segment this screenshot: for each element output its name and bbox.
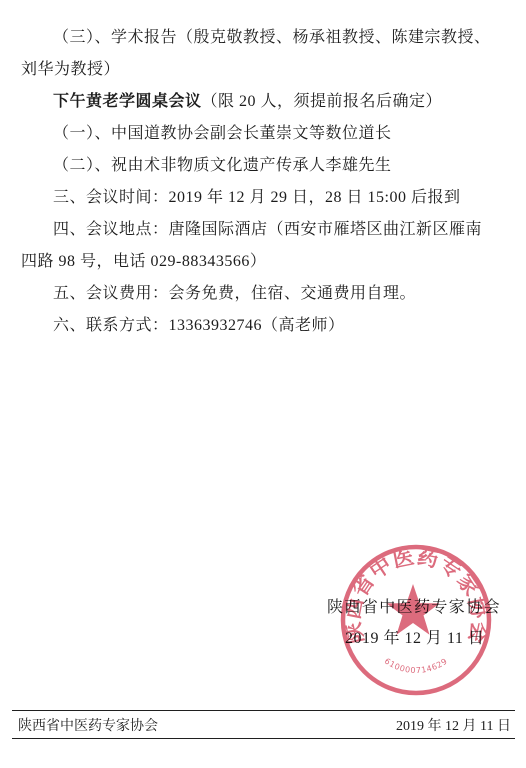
body-line: （二）、祝由术非物质文化遗产传承人李雄先生 bbox=[21, 150, 506, 182]
footer-org: 陕西省中医药专家协会 bbox=[18, 715, 158, 735]
body-line: （一）、中国道教协会副会长董崇文等数位道长 bbox=[21, 118, 506, 150]
body-line-meeting-time: 三、会议时间：2019 年 12 月 29 日，28 日 15:00 后报到 bbox=[21, 182, 506, 214]
document-page: （三）、学术报告（殷克敬教授、杨承祖教授、陈建宗教授、 刘华为教授） 下午黄老学… bbox=[0, 0, 526, 768]
signature-date: 2019 年 12 月 11 日 bbox=[345, 625, 484, 648]
page-footer: 陕西省中医药专家协会 2019 年 12 月 11 日 bbox=[12, 710, 515, 739]
body-line: 四路 98 号，电话 029-88343566） bbox=[21, 246, 506, 278]
official-seal: 陕西省中医药专家协会 610000714629 bbox=[336, 540, 496, 700]
footer-date: 2019 年 12 月 11 日 bbox=[396, 715, 511, 735]
roundtable-title: 下午黄老学圆桌会议 bbox=[53, 93, 202, 110]
body-line: （三）、学术报告（殷克敬教授、杨承祖教授、陈建宗教授、 bbox=[21, 22, 506, 54]
signature-org: 陕西省中医药专家协会 bbox=[327, 594, 501, 617]
body-line: 刘华为教授） bbox=[21, 54, 506, 86]
body-line-meeting-place: 四、会议地点：唐隆国际酒店（西安市雁塔区曲江新区雁南 bbox=[21, 214, 506, 246]
document-body: （三）、学术报告（殷克敬教授、杨承祖教授、陈建宗教授、 刘华为教授） 下午黄老学… bbox=[21, 22, 506, 342]
seal-code-text: 610000714629 bbox=[383, 657, 449, 676]
roundtable-note: （限 20 人，须提前报名后确定） bbox=[202, 93, 443, 110]
body-line-contact: 六、联系方式：13363932746（高老师） bbox=[21, 310, 506, 342]
body-line-meeting-fee: 五、会议费用：会务免费，住宿、交通费用自理。 bbox=[21, 278, 506, 310]
seal-outer-ring bbox=[343, 547, 489, 693]
body-line-roundtable: 下午黄老学圆桌会议（限 20 人，须提前报名后确定） bbox=[21, 86, 506, 118]
